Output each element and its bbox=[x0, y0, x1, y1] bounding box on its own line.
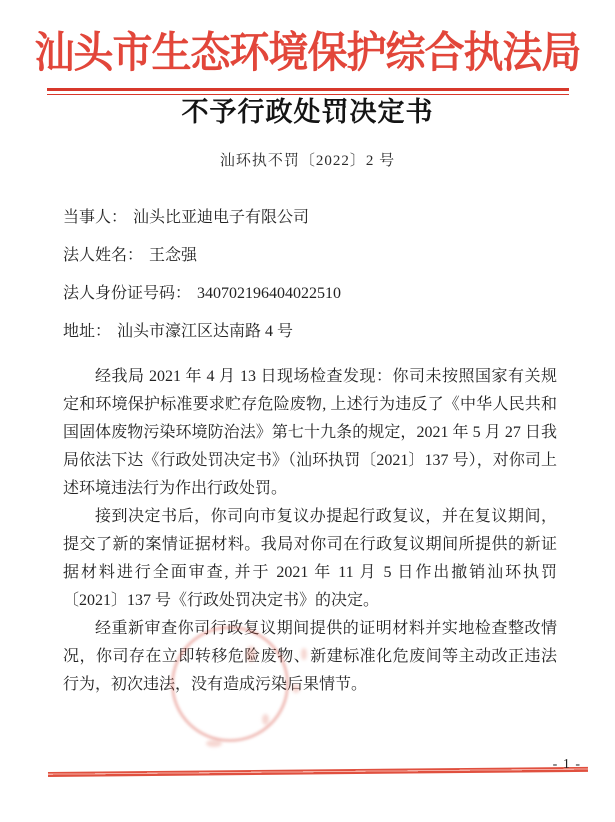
footer-rule bbox=[48, 767, 588, 777]
id-number-value: 340702196404022510 bbox=[197, 285, 341, 302]
seal-smudge bbox=[206, 740, 222, 747]
legal-rep-label: 法人姓名： bbox=[63, 247, 143, 264]
party-row-address: 地址：汕头市濠江区达南路 4 号 bbox=[63, 313, 557, 351]
header-divider-thick-line bbox=[47, 88, 569, 91]
party-row-id-number: 法人身份证号码：340702196404022510 bbox=[63, 275, 557, 313]
agency-name: 汕头市生态环境保护综合执法局 bbox=[20, 24, 595, 81]
paragraph-administrative-review: 接到决定书后，你司向市复议办提起行政复议，并在复议期间，提交了新的案情证据材料。… bbox=[63, 503, 557, 615]
id-number-label: 法人身份证号码： bbox=[63, 285, 191, 302]
seal-smudge bbox=[262, 714, 269, 725]
party-row-name: 当事人：汕头比亚迪电子有限公司 bbox=[63, 199, 557, 237]
header-divider bbox=[47, 88, 569, 95]
paragraph-inspection-finding: 经我局 2021 年 4 月 13 日现场检查发现：你司未按照国家有关规定和环境… bbox=[63, 363, 557, 503]
document-body: 经我局 2021 年 4 月 13 日现场检查发现：你司未按照国家有关规定和环境… bbox=[63, 363, 557, 699]
document-number: 汕环执不罚〔2022〕2 号 bbox=[0, 151, 615, 171]
legal-rep-value: 王念强 bbox=[149, 247, 197, 264]
party-info-section: 当事人：汕头比亚迪电子有限公司 法人姓名：王念强 法人身份证号码：3407021… bbox=[63, 199, 557, 351]
party-row-legal-rep: 法人姓名：王念强 bbox=[63, 237, 557, 275]
paragraph-reexamination-result: 经重新审查你司行政复议期间提供的证明材料并实地检查整改情况，你司存在立即转移危险… bbox=[63, 615, 557, 699]
party-label: 当事人： bbox=[63, 209, 127, 226]
address-label: 地址： bbox=[63, 323, 111, 340]
address-value: 汕头市濠江区达南路 4 号 bbox=[117, 323, 293, 340]
header-divider-thin-line bbox=[47, 94, 569, 95]
page-number: - 1 - bbox=[553, 757, 581, 773]
document-page: 汕头市生态环境保护综合执法局 不予行政处罚决定书 汕环执不罚〔2022〕2 号 … bbox=[0, 0, 615, 822]
document-title: 不予行政处罚决定书 bbox=[0, 97, 615, 127]
party-value: 汕头比亚迪电子有限公司 bbox=[133, 209, 309, 226]
